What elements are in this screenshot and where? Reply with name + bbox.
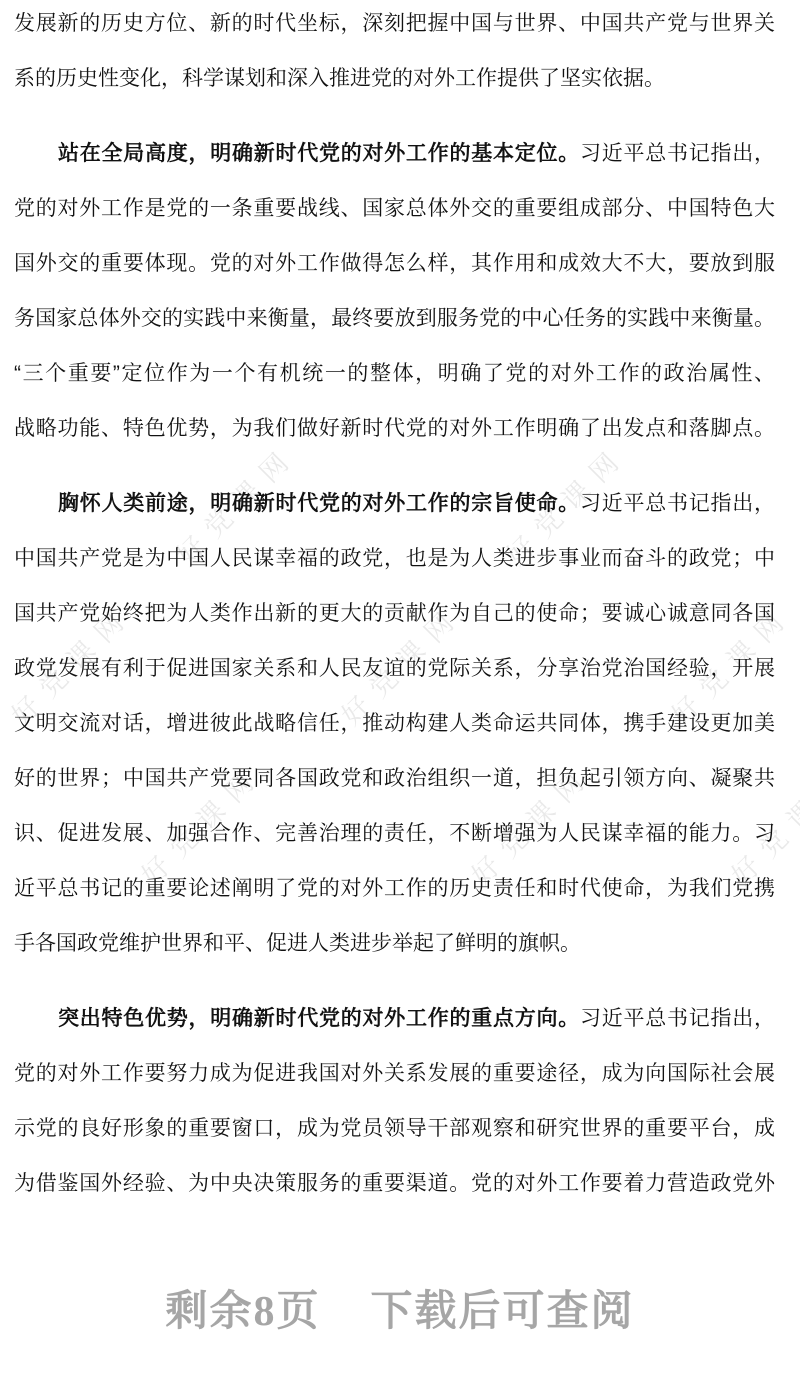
- body-text: 识、促进发展、加强合作、完善治理的责任，不断增强为人民谋幸福的能力。习: [14, 822, 775, 845]
- text-line: 文明交流对话，增进彼此战略信任，推动构建人类命运共同体，携手建设更加美: [14, 696, 775, 751]
- paragraph: 发展新的历史方位、新的时代坐标，深刻把握中国与世界、中国共产党与世界关系的历史性…: [14, 0, 775, 106]
- paragraph: 胸怀人类前途，明确新时代党的对外工作的宗旨使命。习近平总书记指出，中国共产党是为…: [14, 476, 775, 971]
- body-text: “三个重要”定位作为一个有机统一的整体，明确了党的对外工作的政治属性、: [14, 362, 775, 385]
- text-line: 胸怀人类前途，明确新时代党的对外工作的宗旨使命。习近平总书记指出，: [14, 476, 775, 531]
- text-line: 突出特色优势，明确新时代党的对外工作的重点方向。习近平总书记指出，: [14, 991, 775, 1046]
- body-text: 战略功能、特色优势，为我们做好新时代党的对外工作明确了出发点和落脚点。: [14, 417, 775, 440]
- body-text: 手各国政党维护世界和平、促进人类进步举起了鲜明的旗帜。: [14, 932, 581, 955]
- body-text: 习近平总书记指出，: [580, 1007, 775, 1030]
- body-text: 国共产党始终把为人类作出新的更大的贡献作为自己的使命；要诚心诚意同各国: [14, 602, 775, 625]
- download-hint-text: 下载后可查阅: [371, 1289, 635, 1335]
- remaining-pages-text: 剩余8页: [165, 1289, 320, 1335]
- text-line: 好的世界；中国共产党要同各国政党和政治组织一道，担负起引领方向、凝聚共: [14, 751, 775, 806]
- paragraph: 突出特色优势，明确新时代党的对外工作的重点方向。习近平总书记指出，党的对外工作要…: [14, 991, 775, 1211]
- bold-lead-text: 突出特色优势，明确新时代党的对外工作的重点方向。: [58, 1007, 580, 1030]
- text-line: “三个重要”定位作为一个有机统一的整体，明确了党的对外工作的政治属性、: [14, 346, 775, 401]
- body-text: 文明交流对话，增进彼此战略信任，推动构建人类命运共同体，携手建设更加美: [14, 712, 775, 735]
- body-text: 好的世界；中国共产党要同各国政党和政治组织一道，担负起引领方向、凝聚共: [14, 767, 775, 790]
- body-text: 为借鉴国外经验、为中央决策服务的重要渠道。党的对外工作要着力营造政党外: [14, 1172, 775, 1195]
- download-notice: 剩余8页下载后可查阅: [0, 1284, 800, 1340]
- body-text: 党的对外工作是党的一条重要战线、国家总体外交的重要组成部分、中国特色大: [14, 197, 775, 220]
- text-line: 发展新的历史方位、新的时代坐标，深刻把握中国与世界、中国共产党与世界关: [14, 0, 775, 51]
- body-text: 习近平总书记指出，: [580, 492, 775, 515]
- text-line: 党的对外工作是党的一条重要战线、国家总体外交的重要组成部分、中国特色大: [14, 181, 775, 236]
- text-line: 系的历史性变化，科学谋划和深入推进党的对外工作提供了坚实依据。: [14, 51, 775, 106]
- bold-lead-text: 站在全局高度，明确新时代党的对外工作的基本定位。: [58, 142, 580, 165]
- body-text: 国外交的重要体现。党的对外工作做得怎么样，其作用和成效大不大，要放到服: [14, 252, 775, 275]
- text-line: 国外交的重要体现。党的对外工作做得怎么样，其作用和成效大不大，要放到服: [14, 236, 775, 291]
- text-line: 示党的良好形象的重要窗口，成为党员领导干部观察和研究世界的重要平台，成: [14, 1101, 775, 1156]
- body-text: 习近平总书记指出，: [580, 142, 775, 165]
- text-line: 中国共产党是为中国人民谋幸福的政党，也是为人类进步事业而奋斗的政党；中: [14, 531, 775, 586]
- body-text: 务国家总体外交的实践中来衡量，最终要放到服务党的中心任务的实践中来衡量。: [14, 307, 775, 330]
- body-text: 党的对外工作要努力成为促进我国对外关系发展的重要途径，成为向国际社会展: [14, 1062, 775, 1085]
- text-line: 务国家总体外交的实践中来衡量，最终要放到服务党的中心任务的实践中来衡量。: [14, 291, 775, 346]
- text-line: 为借鉴国外经验、为中央决策服务的重要渠道。党的对外工作要着力营造政党外: [14, 1156, 775, 1211]
- body-text: 政党发展有利于促进国家关系和人民友谊的党际关系，分享治党治国经验，开展: [14, 657, 775, 680]
- document-body: 发展新的历史方位、新的时代坐标，深刻把握中国与世界、中国共产党与世界关系的历史性…: [14, 0, 775, 1211]
- body-text: 发展新的历史方位、新的时代坐标，深刻把握中国与世界、中国共产党与世界关: [14, 12, 775, 35]
- text-line: 近平总书记的重要论述阐明了党的对外工作的历史责任和时代使命，为我们党携: [14, 861, 775, 916]
- text-line: 战略功能、特色优势，为我们做好新时代党的对外工作明确了出发点和落脚点。: [14, 401, 775, 456]
- text-line: 党的对外工作要努力成为促进我国对外关系发展的重要途径，成为向国际社会展: [14, 1046, 775, 1101]
- body-text: 近平总书记的重要论述阐明了党的对外工作的历史责任和时代使命，为我们党携: [14, 877, 775, 900]
- text-line: 政党发展有利于促进国家关系和人民友谊的党际关系，分享治党治国经验，开展: [14, 641, 775, 696]
- text-line: 手各国政党维护世界和平、促进人类进步举起了鲜明的旗帜。: [14, 916, 775, 971]
- body-text: 系的历史性变化，科学谋划和深入推进党的对外工作提供了坚实依据。: [14, 67, 665, 90]
- text-line: 站在全局高度，明确新时代党的对外工作的基本定位。习近平总书记指出，: [14, 126, 775, 181]
- text-line: 识、促进发展、加强合作、完善治理的责任，不断增强为人民谋幸福的能力。习: [14, 806, 775, 861]
- document-page: 好党课网好党课网好党课网好党课网好党课网好党课网好党课网好党课网 发展新的历史方…: [0, 0, 800, 1396]
- body-text: 中国共产党是为中国人民谋幸福的政党，也是为人类进步事业而奋斗的政党；中: [14, 547, 775, 570]
- paragraph: 站在全局高度，明确新时代党的对外工作的基本定位。习近平总书记指出，党的对外工作是…: [14, 126, 775, 456]
- body-text: 示党的良好形象的重要窗口，成为党员领导干部观察和研究世界的重要平台，成: [14, 1117, 775, 1140]
- text-line: 国共产党始终把为人类作出新的更大的贡献作为自己的使命；要诚心诚意同各国: [14, 586, 775, 641]
- bold-lead-text: 胸怀人类前途，明确新时代党的对外工作的宗旨使命。: [58, 492, 580, 515]
